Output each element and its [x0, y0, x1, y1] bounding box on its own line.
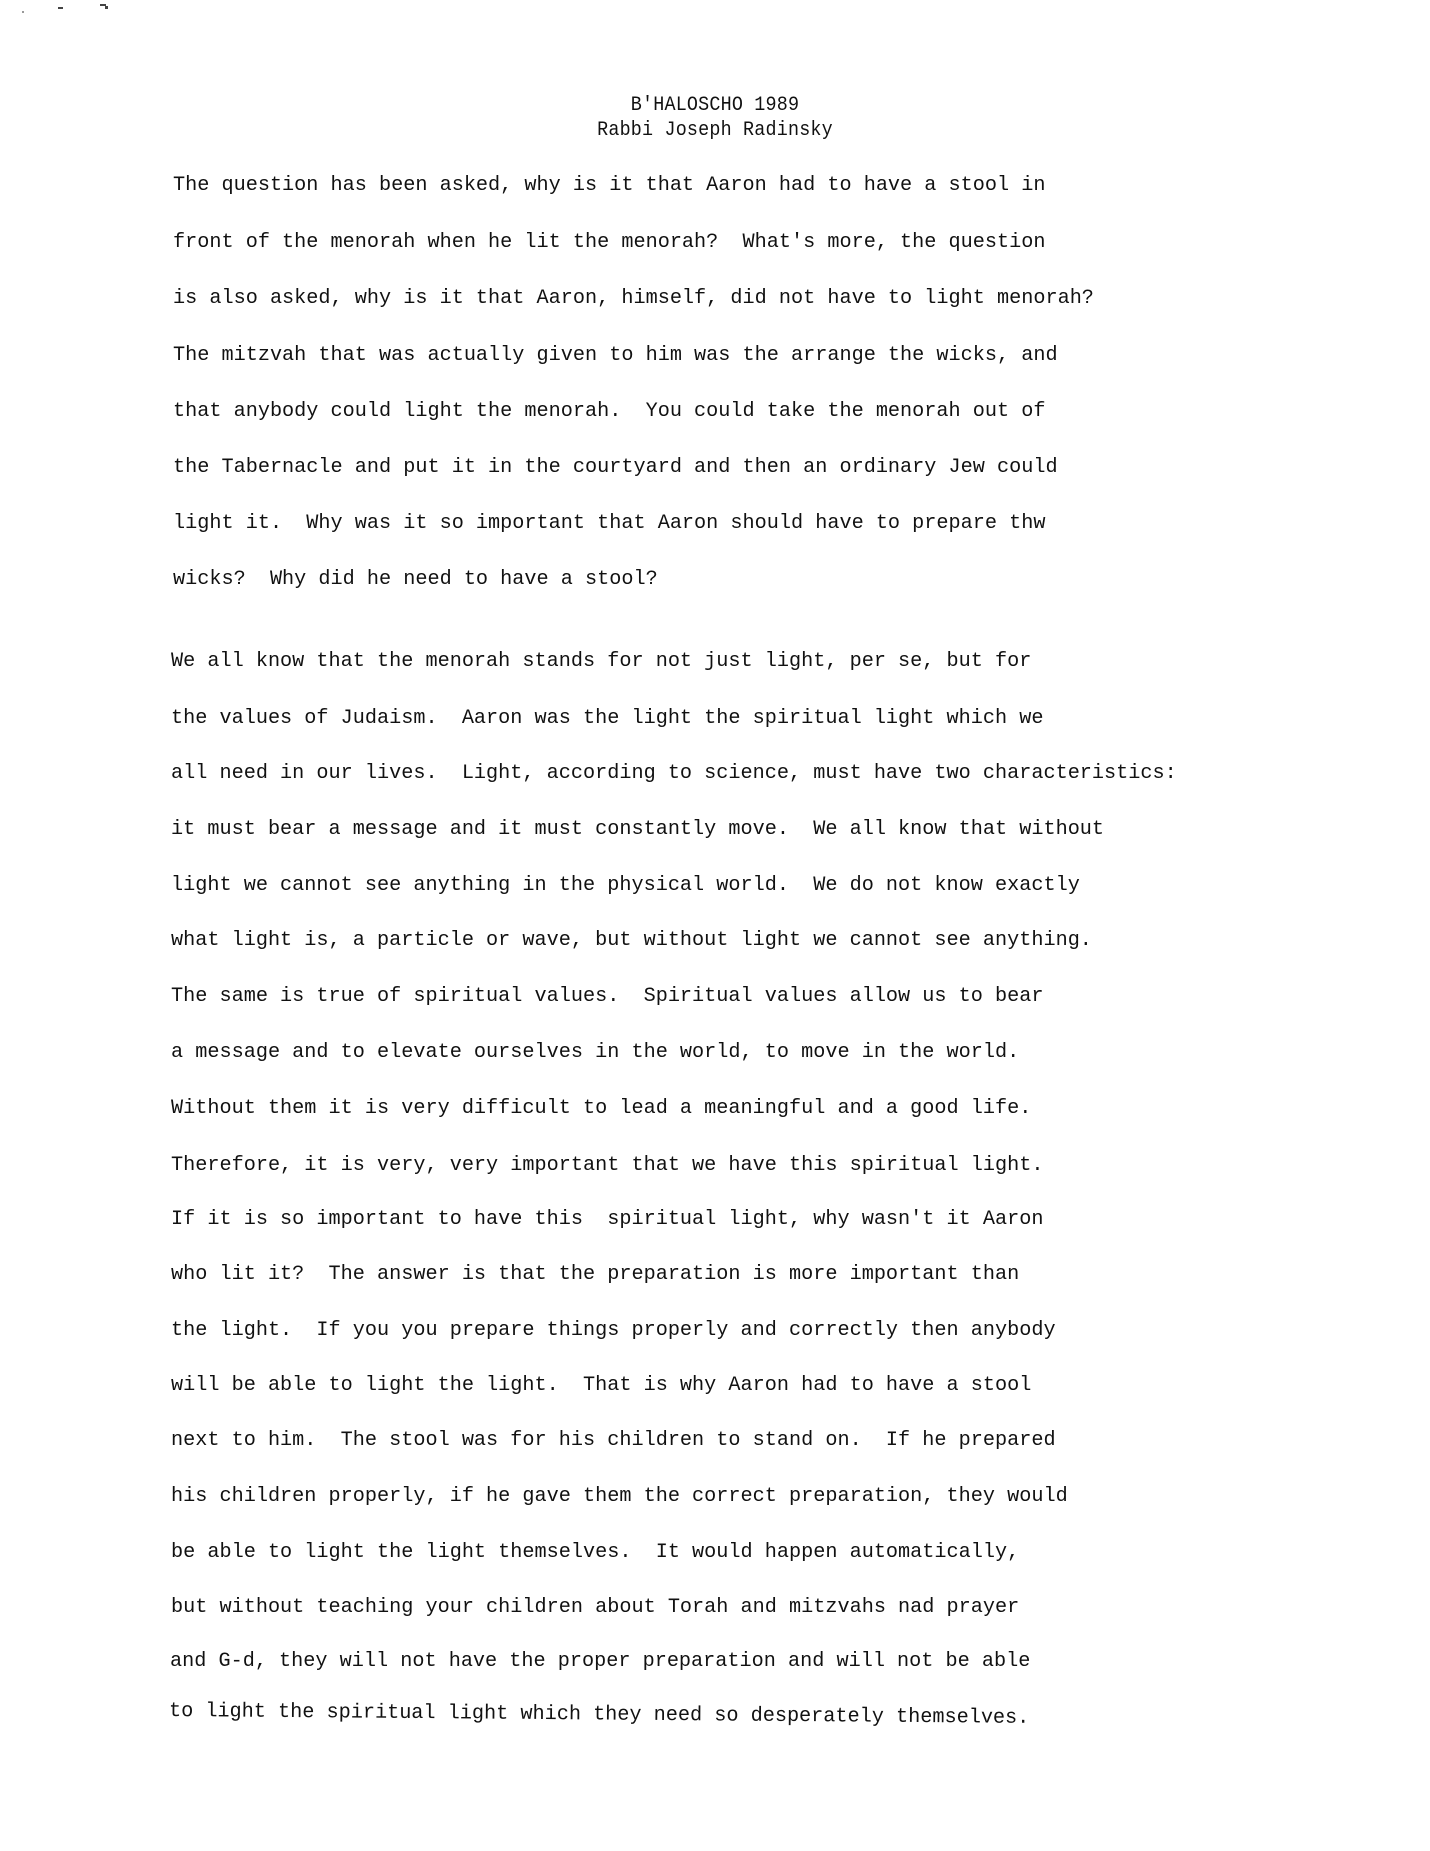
text-line: and G-d, they will not have the proper p… — [170, 1650, 1030, 1674]
text-line: Without them it is very difficult to lea… — [171, 1097, 1031, 1121]
text-line: Therefore, it is very, very important th… — [171, 1154, 1043, 1178]
scan-speck — [22, 11, 24, 13]
document-author: Rabbi Joseph Radinsky — [57, 119, 1373, 143]
text-line: but without teaching your children about… — [171, 1596, 1019, 1620]
text-line: it must bear a message and it must const… — [171, 818, 1104, 842]
text-line: If it is so important to have this spiri… — [171, 1208, 1043, 1232]
text-line: We all know that the menorah stands for … — [171, 650, 1031, 674]
text-line: light we cannot see anything in the phys… — [171, 874, 1080, 898]
text-line: wicks? Why did he need to have a stool? — [173, 568, 658, 592]
text-line: who lit it? The answer is that the prepa… — [171, 1263, 1019, 1287]
text-line: front of the menorah when he lit the men… — [173, 231, 1045, 255]
text-line: The mitzvah that was actually given to h… — [173, 344, 1058, 368]
document-page: B'HALOSCHO 1989 Rabbi Joseph Radinsky Th… — [0, 0, 1430, 1851]
text-line: to light the spiritual light which they … — [169, 1700, 1030, 1731]
text-line: will be able to light the light. That is… — [171, 1374, 1031, 1398]
scan-speck — [105, 6, 108, 9]
scan-speck — [58, 7, 63, 9]
text-line: next to him. The stool was for his child… — [171, 1429, 1056, 1453]
text-line: what light is, a particle or wave, but w… — [171, 929, 1092, 953]
text-line: The question has been asked, why is it t… — [173, 174, 1045, 198]
document-title: B'HALOSCHO 1989 — [57, 94, 1373, 118]
text-line: is also asked, why is it that Aaron, him… — [173, 287, 1094, 311]
text-line: light it. Why was it so important that A… — [173, 512, 1045, 536]
text-line: the values of Judaism. Aaron was the lig… — [171, 707, 1043, 731]
text-line: his children properly, if he gave them t… — [171, 1485, 1068, 1509]
text-line: all need in our lives. Light, according … — [171, 762, 1177, 786]
text-line: that anybody could light the menorah. Yo… — [173, 400, 1045, 424]
text-line: the Tabernacle and put it in the courtya… — [173, 456, 1058, 480]
text-line: a message and to elevate ourselves in th… — [171, 1041, 1019, 1065]
text-line: be able to light the light themselves. I… — [171, 1541, 1019, 1565]
text-line: The same is true of spiritual values. Sp… — [171, 985, 1043, 1009]
text-line: the light. If you you prepare things pro… — [171, 1319, 1056, 1343]
